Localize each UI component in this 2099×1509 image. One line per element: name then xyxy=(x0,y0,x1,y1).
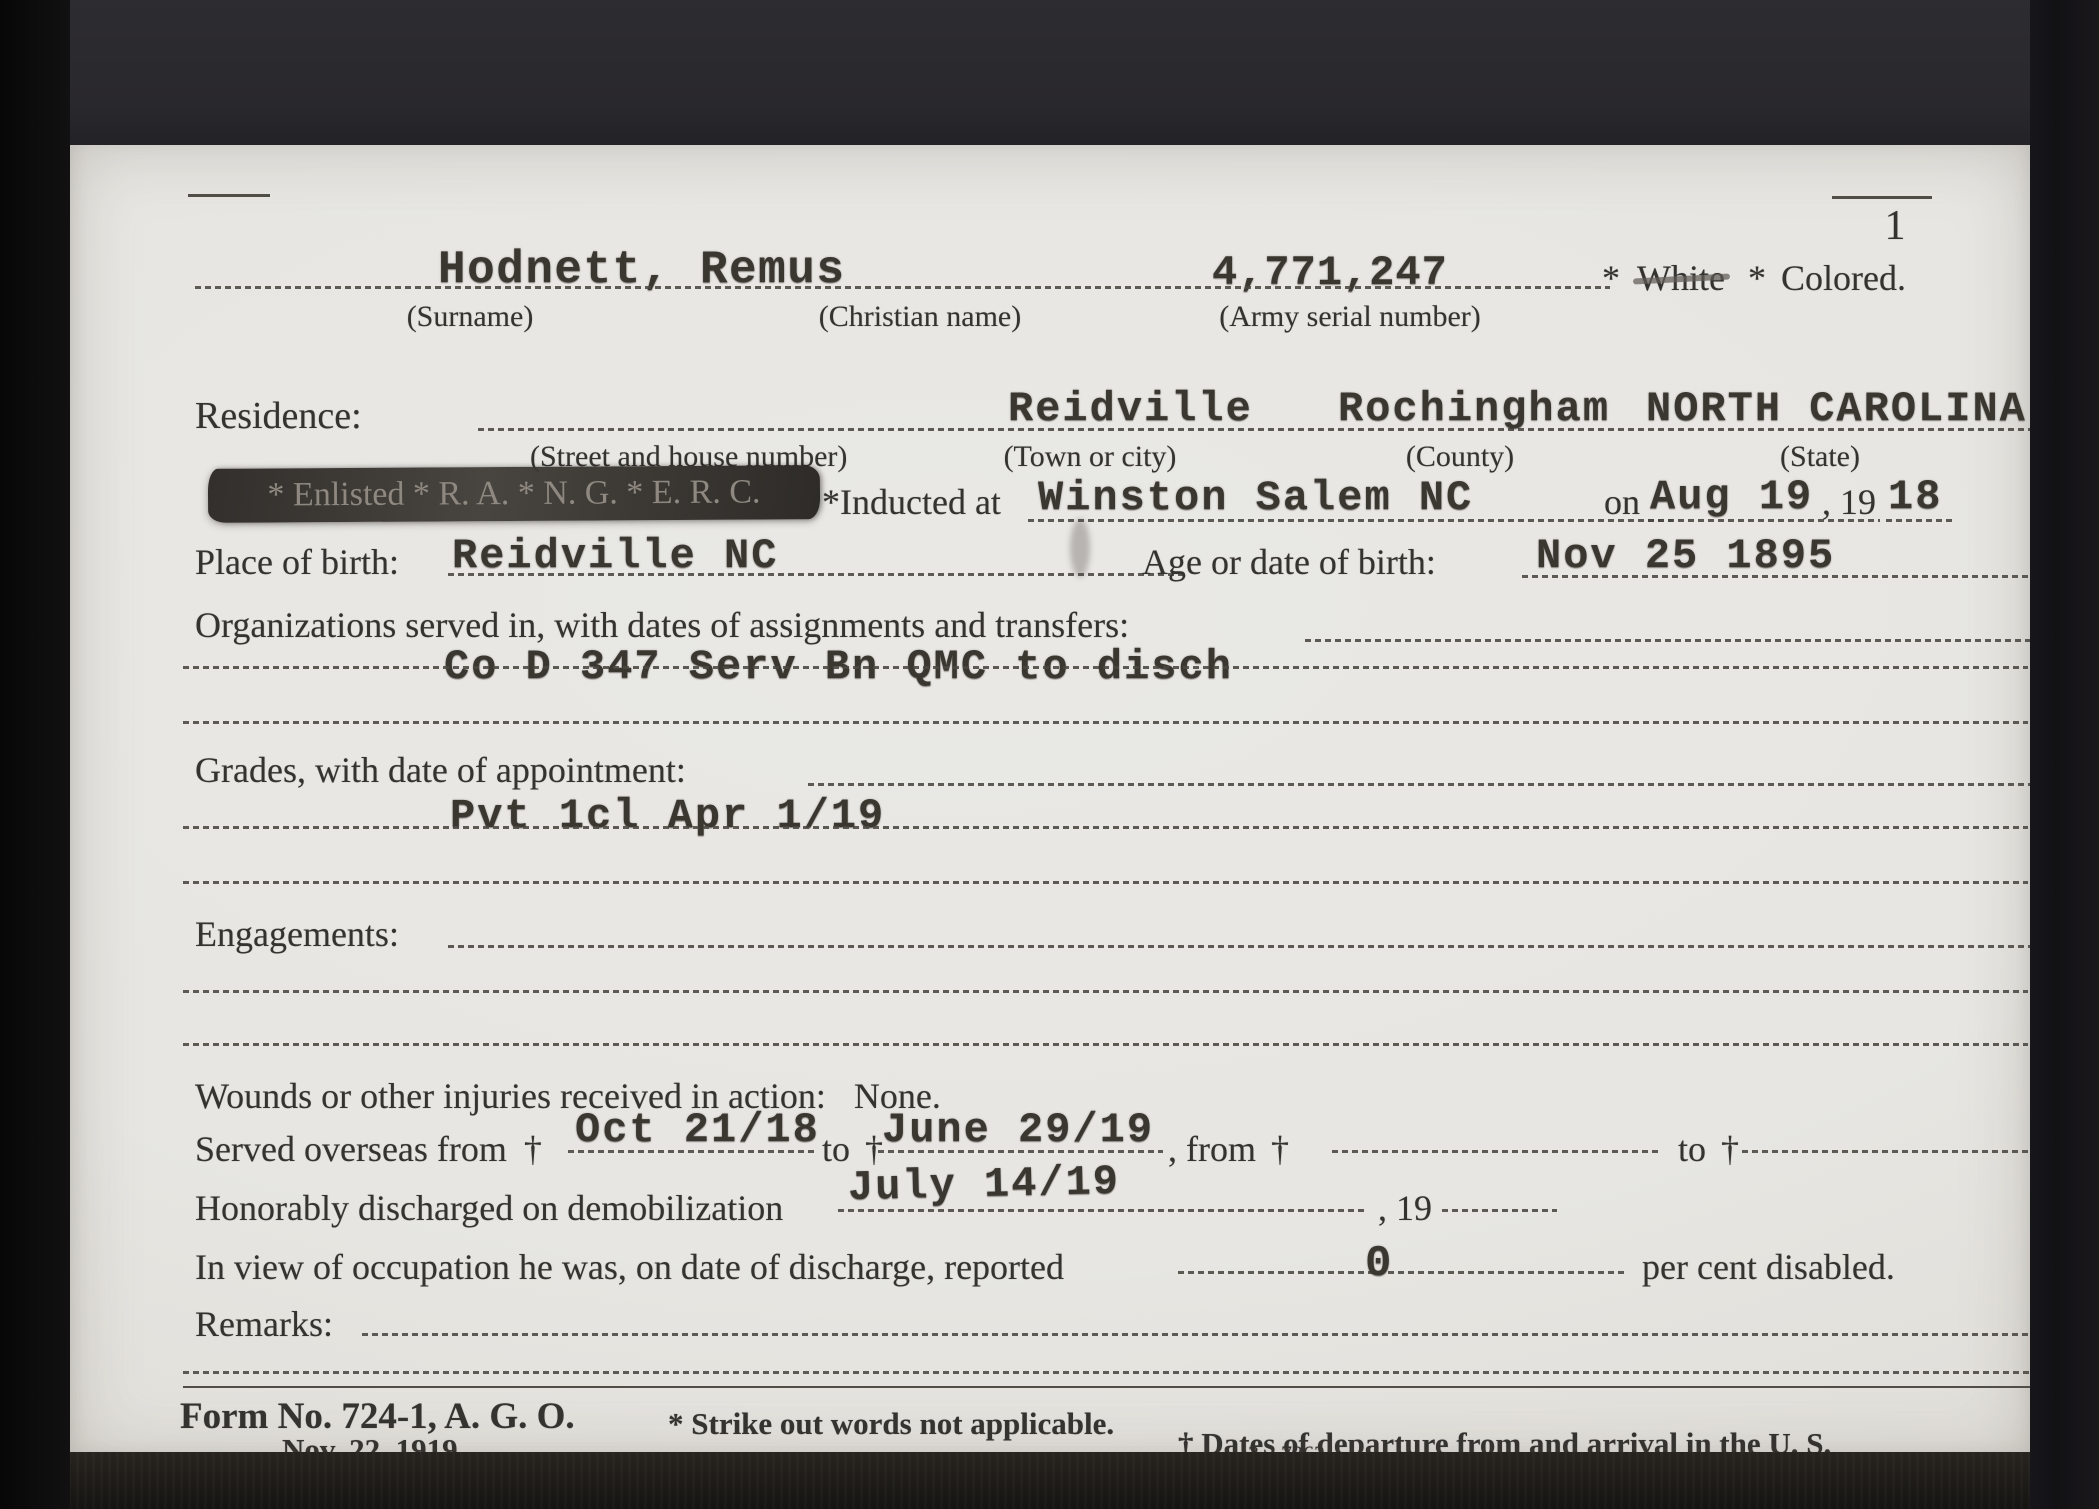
state-label: (State) xyxy=(1720,440,1920,474)
overseas-label: Served overseas from xyxy=(195,1129,507,1169)
surname-label: (Surname) xyxy=(370,300,570,334)
page-number-overline xyxy=(1832,196,1932,199)
wounds-line: Wounds or other injuries received in act… xyxy=(195,1075,941,1117)
from-label: , from xyxy=(1168,1129,1256,1169)
grades-rule-1 xyxy=(808,783,2030,786)
overseas-rule-3 xyxy=(1332,1150,1662,1153)
birth-date-rule xyxy=(1522,575,2032,578)
race-star-1: * xyxy=(1602,258,1620,298)
engagements-label: Engagements: xyxy=(195,913,399,955)
name-rule xyxy=(195,286,1610,289)
scan-background-right xyxy=(2030,0,2099,1509)
grades-rule-2 xyxy=(183,826,2028,829)
race-colored-label: Colored. xyxy=(1781,258,1906,298)
page-number: 1 xyxy=(1860,202,1930,250)
induction-year-printed: , 19 xyxy=(1822,481,1876,523)
race-star-2: * xyxy=(1748,258,1766,298)
serial-number-label: (Army serial number) xyxy=(1180,300,1520,334)
induction-year-rule xyxy=(1886,519,1956,522)
overseas-rule-1 xyxy=(568,1150,818,1153)
organizations-rule-1 xyxy=(1305,639,2030,642)
footer-dashed-rule xyxy=(183,1371,2030,1374)
overseas-from1-value: Oct 21/18 xyxy=(575,1106,820,1154)
induction-year-typed: 18 xyxy=(1888,473,1942,521)
top-left-mark xyxy=(188,194,270,197)
inducted-place-rule xyxy=(1028,519,1673,522)
overseas-from2-label: , from † xyxy=(1168,1128,1289,1170)
residence-state-value: NORTH CAROLINA xyxy=(1646,385,2027,433)
discharge-rule-1 xyxy=(838,1209,1368,1212)
organizations-rule-2 xyxy=(183,666,2028,669)
record-card: 1 Hodnett, Remus 4,771,247 * White * Col… xyxy=(70,145,2032,1465)
residence-label: Residence: xyxy=(195,394,362,438)
serial-value: 4,771,247 xyxy=(1212,249,1448,297)
discharge-label: Honorably discharged on demobilization xyxy=(195,1187,783,1229)
town-label: (Town or city) xyxy=(975,440,1205,474)
race-line: * White * Colored. xyxy=(1602,257,1906,299)
birth-date-label: Age or date of birth: xyxy=(1142,541,1436,583)
enlisted-struck-text: * Enlisted * R. A. * N. G. * E. R. C. xyxy=(267,473,760,514)
overseas-from1-label: Served overseas from † xyxy=(195,1128,542,1170)
scanned-record-card-page: 1 Hodnett, Remus 4,771,247 * White * Col… xyxy=(0,0,2099,1509)
overseas-rule-4 xyxy=(1742,1150,2032,1153)
to-label: to xyxy=(822,1129,850,1169)
discharge-rule-2 xyxy=(1442,1209,1557,1212)
ink-smudge xyxy=(1070,519,1090,577)
engagements-rule-1 xyxy=(448,945,2030,948)
inducted-at-label: *Inducted at xyxy=(822,481,1001,523)
dagger-symbol: † xyxy=(524,1129,542,1169)
residence-county-value: Rochingham xyxy=(1338,385,1610,433)
inducted-place-value: Winston Salem NC xyxy=(1038,474,1473,522)
remarks-rule xyxy=(362,1333,2030,1336)
to-label: to xyxy=(1678,1129,1706,1169)
race-white-struck: White xyxy=(1637,257,1725,299)
disability-label: In view of occupation he was, on date of… xyxy=(195,1246,1064,1288)
engagements-rule-3 xyxy=(183,1043,2028,1046)
disability-suffix: per cent disabled. xyxy=(1642,1246,1895,1288)
disability-value: 0 xyxy=(1365,1239,1393,1289)
scan-background-left xyxy=(0,0,70,1509)
redaction-bar: * Enlisted * R. A. * N. G. * E. R. C. xyxy=(208,465,820,523)
christian-name-label: (Christian name) xyxy=(780,300,1060,334)
footer-solid-rule xyxy=(183,1386,2032,1388)
grades-rule-3 xyxy=(183,881,2028,884)
overseas-rule-2 xyxy=(878,1150,1163,1153)
grades-label: Grades, with date of appointment: xyxy=(195,749,686,791)
grades-value: Pvt 1cl Apr 1/19 xyxy=(450,792,885,840)
scan-background-top xyxy=(64,0,2036,150)
engagements-rule-2 xyxy=(183,990,2028,993)
remarks-label: Remarks: xyxy=(195,1303,333,1345)
birth-place-rule xyxy=(448,573,1188,576)
birth-place-label: Place of birth: xyxy=(195,541,399,583)
organizations-rule-3 xyxy=(183,721,2028,724)
discharge-year-printed: , 19 xyxy=(1378,1187,1432,1229)
disability-rule xyxy=(1178,1271,1626,1274)
overseas-to1-value: June 29/19 xyxy=(882,1106,1154,1154)
birth-date-value: Nov 25 1895 xyxy=(1536,532,1835,580)
county-label: (County) xyxy=(1360,440,1560,474)
induction-date-value: Aug 19 xyxy=(1650,473,1813,521)
discharge-date-value: July 14/19 xyxy=(847,1158,1120,1212)
scan-background-bottom xyxy=(60,1452,2036,1509)
strike-out-note: * Strike out words not applicable. xyxy=(668,1406,1114,1442)
dagger-symbol: † xyxy=(1271,1129,1289,1169)
residence-town-value: Reidville xyxy=(1008,385,1253,433)
on-label: on xyxy=(1604,481,1640,523)
overseas-to2-label: to † xyxy=(1678,1128,1739,1170)
organizations-label: Organizations served in, with dates of a… xyxy=(195,604,1129,646)
dagger-symbol: † xyxy=(1721,1129,1739,1169)
